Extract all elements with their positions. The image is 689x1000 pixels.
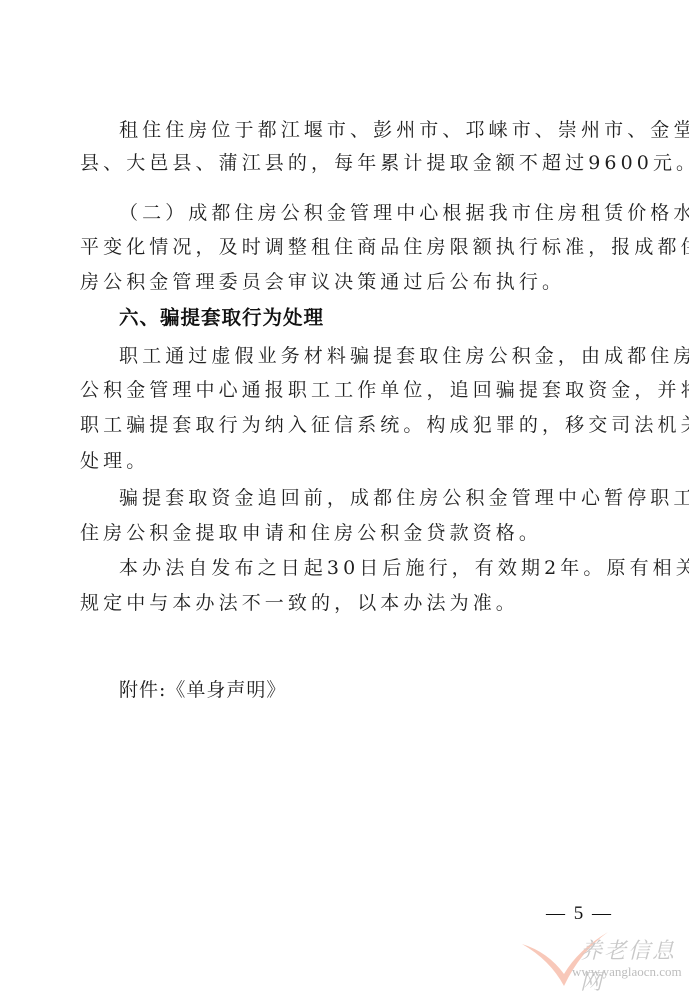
- attachment-label: 附件:《单身声明》: [119, 678, 649, 702]
- paragraph-line: 平变化情况，及时调整租住商品住房限额执行标准，报成都住: [80, 235, 610, 259]
- document-page: 租住住房位于都江堰市、彭州市、邛崃市、崇州市、金堂 县、大邑县、蒲江县的，每年累…: [0, 0, 689, 1000]
- paragraph-line: 本办法自发布之日起30日后施行，有效期2年。原有相关: [119, 556, 649, 580]
- paragraph-line: 规定中与本办法不一致的，以本办法为准。: [80, 591, 610, 615]
- watermark: 养老信息网 www.yanglaocn.com: [520, 930, 689, 990]
- section-heading: 六、骗提套取行为处理: [119, 306, 649, 330]
- paragraph-line: 处理。: [80, 449, 610, 473]
- paragraph-line: 职工骗提套取行为纳入征信系统。构成犯罪的，移交司法机关: [80, 413, 610, 437]
- paragraph-line: 房公积金管理委员会审议决策通过后公布执行。: [80, 270, 610, 294]
- paragraph-line: 县、大邑县、蒲江县的，每年累计提取金额不超过9600元。: [80, 151, 610, 175]
- paragraph-line: （二）成都住房公积金管理中心根据我市住房租赁价格水: [119, 201, 649, 225]
- paragraph-line: 职工通过虚假业务材料骗提套取住房公积金，由成都住房: [119, 344, 649, 368]
- page-number: — 5 —: [546, 903, 613, 925]
- paragraph-line: 租住住房位于都江堰市、彭州市、邛崃市、崇州市、金堂: [119, 118, 649, 142]
- watermark-url: www.yanglaocn.com: [572, 964, 682, 980]
- paragraph-line: 公积金管理中心通报职工工作单位，追回骗提套取资金，并将: [80, 378, 610, 402]
- paragraph-line: 住房公积金提取申请和住房公积金贷款资格。: [80, 521, 610, 545]
- paragraph-line: 骗提套取资金追回前，成都住房公积金管理中心暂停职工: [119, 486, 649, 510]
